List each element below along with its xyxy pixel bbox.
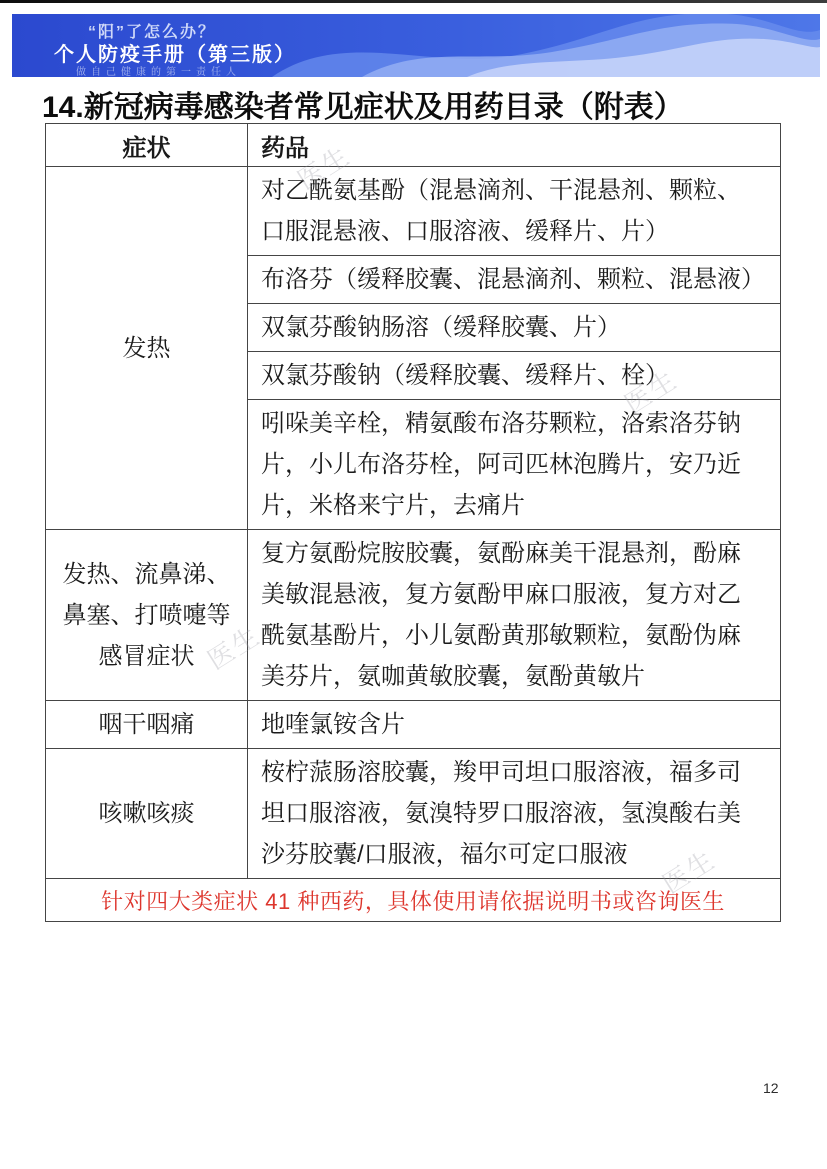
handbook-banner: “阳”了怎么办？ 个人防疫手册（第三版） 做自己健康的第一责任人 (12, 14, 820, 77)
column-header-drug: 药品 (248, 124, 781, 167)
footer-note: 针对四大类症状 41 种西药，具体使用请依据说明书或咨询医生 (46, 879, 781, 922)
symptom-cell: 发热 (46, 167, 248, 530)
page-title: 14.新冠病毒感染者常见症状及用药目录（附表） (42, 82, 684, 126)
table-header: 症状 药品 (46, 124, 781, 167)
symptom-drug-table-body: 发热对乙酰氨基酚（混悬滴剂、干混悬剂、颗粒、口服混悬液、口服溶液、缓释片、片）布… (46, 167, 781, 879)
symptom-cell: 咽干咽痛 (46, 701, 248, 749)
table-row: 咳嗽咳痰桉柠蒎肠溶胶囊，羧甲司坦口服溶液，福多司坦口服溶液，氨溴特罗口服溶液，氢… (46, 749, 781, 879)
table-footer: 针对四大类症状 41 种西药，具体使用请依据说明书或咨询医生 (46, 879, 781, 922)
page-number: 12 (763, 1080, 779, 1096)
drug-cell: 双氯芬酸钠肠溶（缓释胶囊、片） (248, 304, 781, 352)
drug-cell: 复方氨酚烷胺胶囊，氨酚麻美干混悬剂，酚麻美敏混悬液，复方氨酚甲麻口服液，复方对乙… (248, 530, 781, 701)
footer-note-row: 针对四大类症状 41 种西药，具体使用请依据说明书或咨询医生 (46, 879, 781, 922)
drug-cell: 地喹氯铵含片 (248, 701, 781, 749)
table-row: 咽干咽痛地喹氯铵含片 (46, 701, 781, 749)
drug-cell: 桉柠蒎肠溶胶囊，羧甲司坦口服溶液，福多司坦口服溶液，氨溴特罗口服溶液，氢溴酸右美… (248, 749, 781, 879)
symptom-cell: 发热、流鼻涕、鼻塞、打喷嚏等感冒症状 (46, 530, 248, 701)
column-header-symptom: 症状 (46, 124, 248, 167)
table-row: 发热对乙酰氨基酚（混悬滴剂、干混悬剂、颗粒、口服混悬液、口服溶液、缓释片、片） (46, 167, 781, 256)
drug-cell: 对乙酰氨基酚（混悬滴剂、干混悬剂、颗粒、口服混悬液、口服溶液、缓释片、片） (248, 167, 781, 256)
drug-cell: 吲哚美辛栓，精氨酸布洛芬颗粒，洛索洛芬钠片，小儿布洛芬栓，阿司匹林泡腾片，安乃近… (248, 400, 781, 530)
document-page: “阳”了怎么办？ 个人防疫手册（第三版） 做自己健康的第一责任人 14.新冠病毒… (0, 0, 827, 1169)
drug-cell: 双氯芬酸钠（缓释胶囊、缓释片、栓） (248, 352, 781, 400)
symptom-drug-table: 症状 药品 发热对乙酰氨基酚（混悬滴剂、干混悬剂、颗粒、口服混悬液、口服溶液、缓… (45, 123, 781, 922)
symptom-cell: 咳嗽咳痰 (46, 749, 248, 879)
banner-subtitle: 做自己健康的第一责任人 (76, 63, 241, 77)
top-edge-line (0, 0, 827, 3)
table-row: 发热、流鼻涕、鼻塞、打喷嚏等感冒症状复方氨酚烷胺胶囊，氨酚麻美干混悬剂，酚麻美敏… (46, 530, 781, 701)
drug-cell: 布洛芬（缓释胶囊、混悬滴剂、颗粒、混悬液） (248, 256, 781, 304)
table-header-row: 症状 药品 (46, 124, 781, 167)
